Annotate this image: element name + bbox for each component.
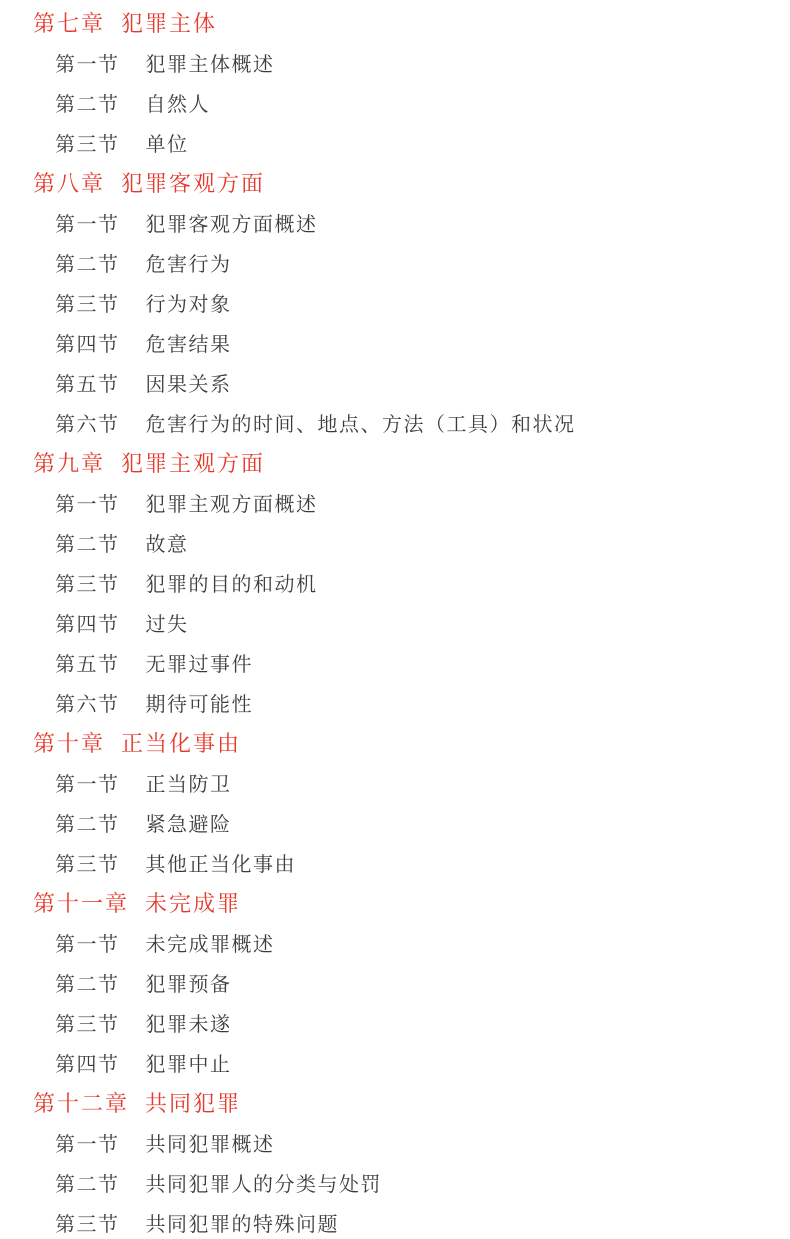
section-title: 犯罪主体概述 — [146, 48, 275, 77]
section-row[interactable]: 第一节共同犯罪概述 — [0, 1122, 790, 1162]
chapter-number: 第七章 — [33, 7, 105, 38]
section-number: 第一节 — [55, 488, 120, 517]
section-number: 第四节 — [55, 608, 120, 637]
section-number: 第二节 — [55, 1168, 120, 1197]
section-row[interactable]: 第一节犯罪主观方面概述 — [0, 482, 790, 522]
section-number: 第二节 — [55, 248, 120, 277]
section-title: 期待可能性 — [146, 688, 254, 717]
section-number: 第四节 — [55, 1048, 120, 1077]
section-row[interactable]: 第二节紧急避险 — [0, 802, 790, 842]
section-row[interactable]: 第三节其他正当化事由 — [0, 842, 790, 882]
chapter-number: 第十一章 — [33, 887, 129, 918]
section-row[interactable]: 第五节无罪过事件 — [0, 642, 790, 682]
section-row[interactable]: 第一节犯罪主体概述 — [0, 42, 790, 82]
section-number: 第二节 — [55, 88, 120, 117]
section-row[interactable]: 第三节犯罪的目的和动机 — [0, 562, 790, 602]
chapter-title: 共同犯罪 — [145, 1087, 241, 1118]
section-row[interactable]: 第三节犯罪未遂 — [0, 1002, 790, 1042]
section-title: 行为对象 — [146, 288, 232, 317]
section-row[interactable]: 第二节共同犯罪人的分类与处罚 — [0, 1162, 790, 1202]
section-title: 危害行为的时间、地点、方法（工具）和状况 — [146, 408, 576, 437]
chapter-title: 未完成罪 — [145, 887, 241, 918]
section-number: 第三节 — [55, 288, 120, 317]
section-title: 共同犯罪人的分类与处罚 — [146, 1168, 383, 1197]
section-title: 危害行为 — [146, 248, 232, 277]
section-number: 第三节 — [55, 1008, 120, 1037]
section-title: 自然人 — [146, 88, 211, 117]
section-title: 犯罪主观方面概述 — [146, 488, 318, 517]
section-title: 危害结果 — [146, 328, 232, 357]
chapter-row[interactable]: 第七章犯罪主体 — [0, 2, 790, 42]
chapter-row[interactable]: 第八章犯罪客观方面 — [0, 162, 790, 202]
chapter-number: 第九章 — [33, 447, 105, 478]
section-row[interactable]: 第一节未完成罪概述 — [0, 922, 790, 962]
chapter-title: 犯罪主体 — [121, 7, 217, 38]
section-row[interactable]: 第四节犯罪中止 — [0, 1042, 790, 1082]
chapter-number: 第十二章 — [33, 1087, 129, 1118]
section-number: 第四节 — [55, 328, 120, 357]
section-title: 犯罪预备 — [146, 968, 232, 997]
chapter-row[interactable]: 第十二章共同犯罪 — [0, 1082, 790, 1122]
chapter-row[interactable]: 第九章犯罪主观方面 — [0, 442, 790, 482]
section-title: 犯罪未遂 — [146, 1008, 232, 1037]
section-row[interactable]: 第一节正当防卫 — [0, 762, 790, 802]
section-number: 第一节 — [55, 768, 120, 797]
section-row[interactable]: 第三节共同犯罪的特殊问题 — [0, 1202, 790, 1239]
chapter-title: 犯罪主观方面 — [121, 447, 265, 478]
section-number: 第五节 — [55, 648, 120, 677]
section-title: 犯罪客观方面概述 — [146, 208, 318, 237]
section-number: 第一节 — [55, 928, 120, 957]
section-row[interactable]: 第四节过失 — [0, 602, 790, 642]
section-number: 第三节 — [55, 848, 120, 877]
section-title: 过失 — [146, 608, 189, 637]
section-number: 第一节 — [55, 208, 120, 237]
section-row[interactable]: 第二节危害行为 — [0, 242, 790, 282]
chapter-number: 第八章 — [33, 167, 105, 198]
section-number: 第六节 — [55, 408, 120, 437]
section-row[interactable]: 第六节危害行为的时间、地点、方法（工具）和状况 — [0, 402, 790, 442]
section-number: 第二节 — [55, 968, 120, 997]
section-title: 故意 — [146, 528, 189, 557]
section-title: 犯罪的目的和动机 — [146, 568, 318, 597]
section-title: 紧急避险 — [146, 808, 232, 837]
chapter-row[interactable]: 第十章正当化事由 — [0, 722, 790, 762]
section-number: 第六节 — [55, 688, 120, 717]
section-row[interactable]: 第二节自然人 — [0, 82, 790, 122]
section-title: 其他正当化事由 — [146, 848, 297, 877]
section-number: 第一节 — [55, 1128, 120, 1157]
section-title: 共同犯罪概述 — [146, 1128, 275, 1157]
section-row[interactable]: 第三节行为对象 — [0, 282, 790, 322]
section-number: 第三节 — [55, 128, 120, 157]
section-row[interactable]: 第四节危害结果 — [0, 322, 790, 362]
chapter-row[interactable]: 第十一章未完成罪 — [0, 882, 790, 922]
section-number: 第一节 — [55, 48, 120, 77]
section-number: 第二节 — [55, 528, 120, 557]
section-title: 正当防卫 — [146, 768, 232, 797]
section-row[interactable]: 第三节单位 — [0, 122, 790, 162]
section-row[interactable]: 第二节犯罪预备 — [0, 962, 790, 1002]
section-title: 无罪过事件 — [146, 648, 254, 677]
chapter-title: 犯罪客观方面 — [121, 167, 265, 198]
section-title: 共同犯罪的特殊问题 — [146, 1208, 340, 1237]
chapter-title: 正当化事由 — [121, 727, 241, 758]
section-title: 未完成罪概述 — [146, 928, 275, 957]
table-of-contents: 第七章犯罪主体第一节犯罪主体概述第二节自然人第三节单位第八章犯罪客观方面第一节犯… — [0, 0, 790, 1239]
section-title: 犯罪中止 — [146, 1048, 232, 1077]
section-number: 第五节 — [55, 368, 120, 397]
section-number: 第二节 — [55, 808, 120, 837]
chapter-number: 第十章 — [33, 727, 105, 758]
section-title: 因果关系 — [146, 368, 232, 397]
section-row[interactable]: 第五节因果关系 — [0, 362, 790, 402]
section-number: 第三节 — [55, 568, 120, 597]
section-title: 单位 — [146, 128, 189, 157]
section-row[interactable]: 第六节期待可能性 — [0, 682, 790, 722]
section-number: 第三节 — [55, 1208, 120, 1237]
section-row[interactable]: 第二节故意 — [0, 522, 790, 562]
section-row[interactable]: 第一节犯罪客观方面概述 — [0, 202, 790, 242]
